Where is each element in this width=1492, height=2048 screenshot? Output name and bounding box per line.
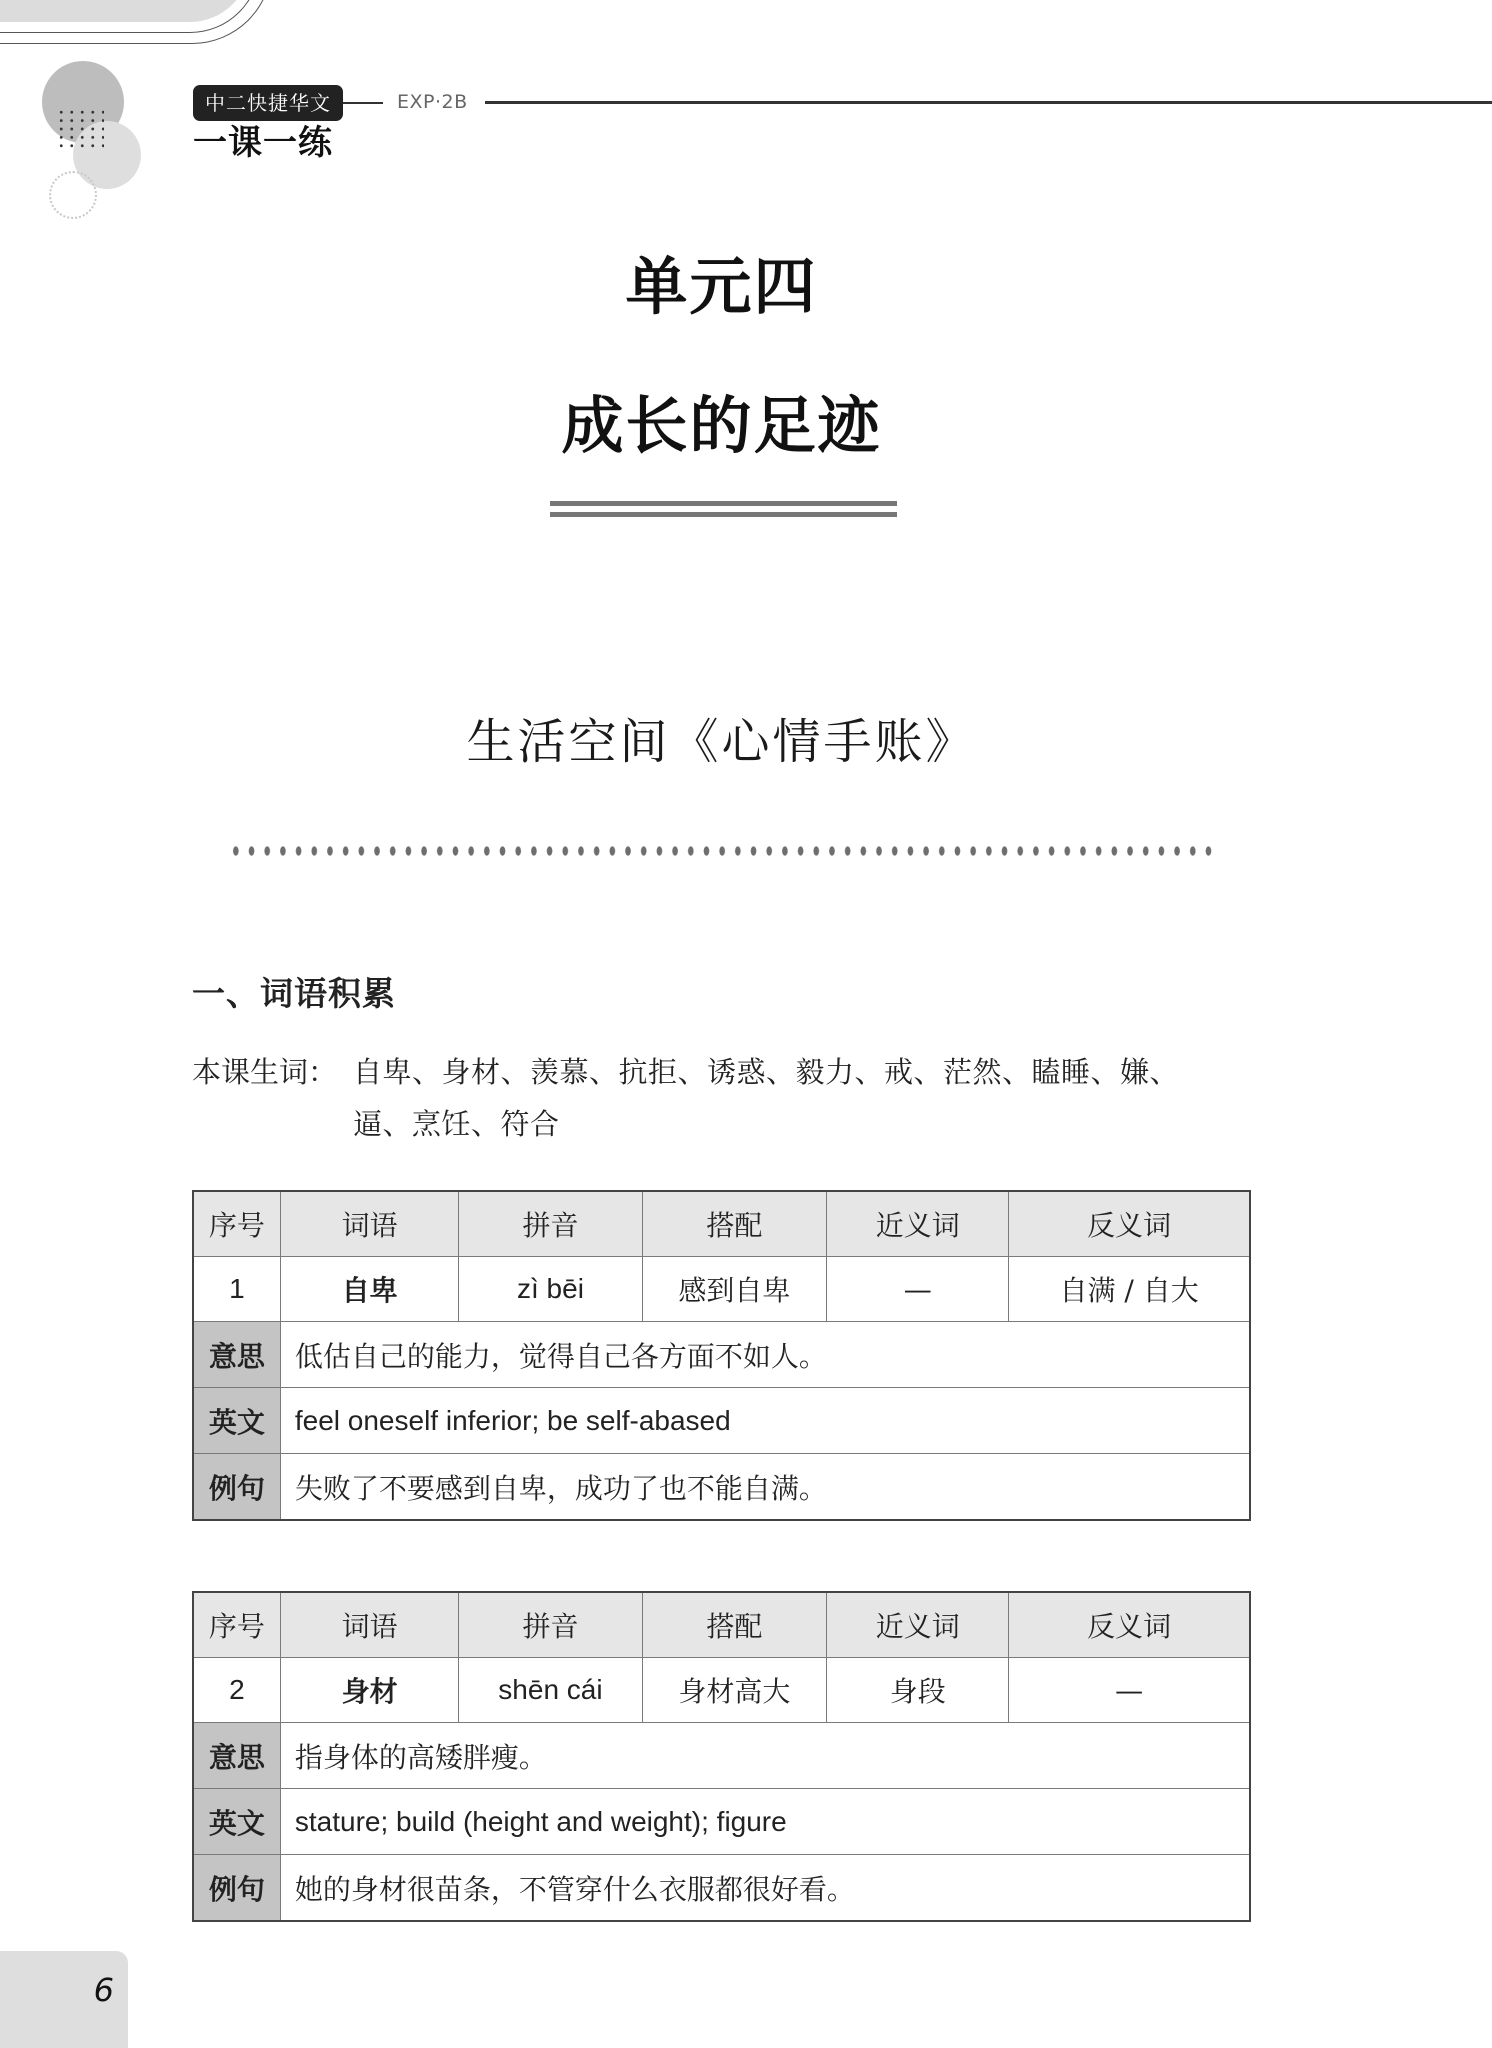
corner-decoration-line bbox=[0, 0, 272, 44]
unit-title: 单元四 bbox=[0, 252, 1443, 322]
english-row: 英文 stature; build (height and weight); f… bbox=[193, 1789, 1250, 1855]
header-number: 序号 bbox=[193, 1191, 280, 1257]
entry-pinyin: zì bēi bbox=[459, 1257, 642, 1322]
page-number: 6 bbox=[0, 1970, 114, 2010]
header-number: 序号 bbox=[193, 1592, 280, 1658]
table-header-row: 序号 词语 拼音 搭配 近义词 反义词 bbox=[193, 1592, 1250, 1658]
lesson-title: 生活空间《心情手账》 bbox=[0, 712, 1443, 772]
entry-word: 身材 bbox=[280, 1658, 458, 1723]
example-value: 她的身材很苗条，不管穿什么衣服都很好看。 bbox=[280, 1855, 1250, 1922]
table-row: 1 自卑 zì bēi 感到自卑 — 自满 / 自大 bbox=[193, 1257, 1250, 1322]
entry-number: 2 bbox=[193, 1658, 280, 1723]
dotted-divider bbox=[228, 845, 1216, 857]
example-label: 例句 bbox=[193, 1454, 280, 1521]
header-pinyin: 拼音 bbox=[459, 1592, 642, 1658]
header-pinyin: 拼音 bbox=[459, 1191, 642, 1257]
section-heading: 一、词语积累 bbox=[192, 972, 396, 1016]
vocab-label: 本课生词： bbox=[192, 1052, 337, 1092]
example-value: 失败了不要感到自卑，成功了也不能自满。 bbox=[280, 1454, 1250, 1521]
vocab-list-line-2: 逼、烹饪、符合 bbox=[353, 1104, 560, 1144]
entry-word: 自卑 bbox=[280, 1257, 458, 1322]
entry-collocation: 感到自卑 bbox=[642, 1257, 827, 1322]
example-row: 例句 失败了不要感到自卑，成功了也不能自满。 bbox=[193, 1454, 1250, 1521]
table-header-row: 序号 词语 拼音 搭配 近义词 反义词 bbox=[193, 1191, 1250, 1257]
unit-subtitle: 成长的足迹 bbox=[0, 391, 1443, 461]
vocab-table-1: 序号 词语 拼音 搭配 近义词 反义词 1 自卑 zì bēi 感到自卑 — 自… bbox=[192, 1190, 1251, 1521]
title-double-rule bbox=[550, 512, 897, 517]
decorative-circle-dotted bbox=[49, 171, 97, 219]
vocab-table-2: 序号 词语 拼音 搭配 近义词 反义词 2 身材 shēn cái 身材高大 身… bbox=[192, 1591, 1251, 1922]
vocab-list-line-1: 自卑、身材、羡慕、抗拒、诱惑、毅力、戒、茫然、瞌睡、嫌、 bbox=[353, 1052, 1179, 1092]
english-row: 英文 feel oneself inferior; be self-abased bbox=[193, 1388, 1250, 1454]
header-collocation: 搭配 bbox=[642, 1592, 827, 1658]
entry-antonym: — bbox=[1009, 1658, 1250, 1723]
entry-synonym: 身段 bbox=[827, 1658, 1009, 1723]
entry-synonym: — bbox=[827, 1257, 1009, 1322]
english-value: stature; build (height and weight); figu… bbox=[280, 1789, 1250, 1855]
entry-collocation: 身材高大 bbox=[642, 1658, 827, 1723]
decorative-dot-grid bbox=[56, 108, 104, 152]
header-antonym: 反义词 bbox=[1009, 1191, 1250, 1257]
example-label: 例句 bbox=[193, 1855, 280, 1922]
brand-subtitle: 一课一练 bbox=[193, 122, 333, 164]
meaning-label: 意思 bbox=[193, 1723, 280, 1789]
meaning-row: 意思 指身体的高矮胖瘦。 bbox=[193, 1723, 1250, 1789]
header-synonym: 近义词 bbox=[827, 1592, 1009, 1658]
header-word: 词语 bbox=[280, 1592, 458, 1658]
meaning-row: 意思 低估自己的能力，觉得自己各方面不如人。 bbox=[193, 1322, 1250, 1388]
english-label: 英文 bbox=[193, 1789, 280, 1855]
table-row: 2 身材 shēn cái 身材高大 身段 — bbox=[193, 1658, 1250, 1723]
entry-pinyin: shēn cái bbox=[459, 1658, 642, 1723]
meaning-value: 低估自己的能力，觉得自己各方面不如人。 bbox=[280, 1322, 1250, 1388]
book-code: EXP·2B bbox=[397, 89, 468, 115]
header-rule-long bbox=[485, 101, 1492, 104]
english-value: feel oneself inferior; be self-abased bbox=[280, 1388, 1250, 1454]
header-synonym: 近义词 bbox=[827, 1191, 1009, 1257]
english-label: 英文 bbox=[193, 1388, 280, 1454]
brand-badge: 中二快捷华文 bbox=[193, 85, 343, 121]
header-word: 词语 bbox=[280, 1191, 458, 1257]
header-collocation: 搭配 bbox=[642, 1191, 827, 1257]
meaning-value: 指身体的高矮胖瘦。 bbox=[280, 1723, 1250, 1789]
entry-number: 1 bbox=[193, 1257, 280, 1322]
header-antonym: 反义词 bbox=[1009, 1592, 1250, 1658]
example-row: 例句 她的身材很苗条，不管穿什么衣服都很好看。 bbox=[193, 1855, 1250, 1922]
title-double-rule bbox=[550, 501, 897, 506]
header-rule-short bbox=[343, 102, 383, 104]
entry-antonym: 自满 / 自大 bbox=[1009, 1257, 1250, 1322]
meaning-label: 意思 bbox=[193, 1322, 280, 1388]
